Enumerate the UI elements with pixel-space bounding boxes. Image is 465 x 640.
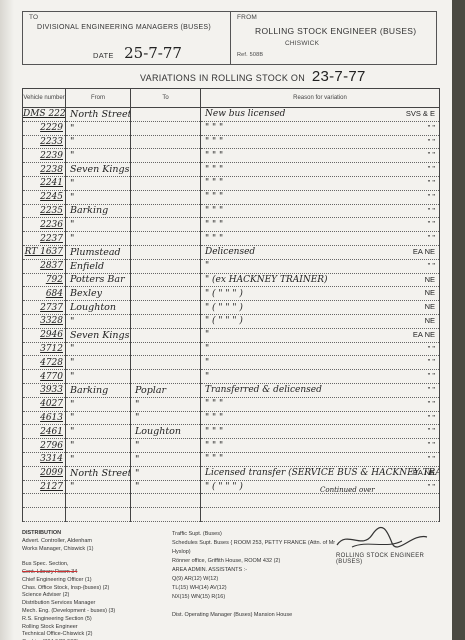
reason-text: "	[205, 330, 209, 340]
vehicle-number: 2229	[23, 121, 66, 135]
distribution-item: Advert. Controller, Aldenham	[22, 538, 157, 546]
reason-text: " (ex HACKNEY TRAINER)	[205, 275, 328, 285]
to-garage	[131, 232, 201, 246]
table-row: 2233"" " "" "	[23, 135, 440, 149]
distribution-code: " "	[428, 206, 435, 215]
table-row: 792Potters Bar" (ex HACKNEY TRAINER)NE	[23, 273, 440, 287]
from-garage: Potters Bar	[66, 273, 131, 287]
reason-text: " " "	[205, 206, 223, 216]
distribution-code: NE	[425, 288, 435, 297]
distribution-item: NX(15) WN(15) R(16)	[172, 593, 342, 602]
to-garage	[131, 218, 201, 232]
distribution-item: Technical Office-Chiswick (2)	[22, 631, 157, 639]
to-garage: "	[131, 466, 201, 480]
vehicle-number: 2241	[23, 176, 66, 190]
table-row: 684Bexley" ( " " " )NE	[23, 287, 440, 301]
reason-cell	[201, 494, 440, 508]
vehicle-number: 2238	[23, 163, 66, 177]
to-garage	[131, 328, 201, 342]
reason-cell: " ( " " " )NE	[201, 301, 440, 315]
table-row: 2229"" " "" "	[23, 121, 440, 135]
reason-text: " " "	[205, 413, 223, 423]
table-row: 2236"" " "" "	[23, 218, 440, 232]
from-garage: "	[66, 149, 131, 163]
vehicle-number: 3712	[23, 342, 66, 356]
from-garage: "	[66, 425, 131, 439]
distribution-code: EA NE	[413, 247, 435, 256]
distribution-code: " "	[428, 385, 435, 394]
distribution-item: Mech. Eng. (Development - buses) (3)	[22, 608, 157, 616]
from-garage: Seven Kings	[66, 328, 131, 342]
vehicle-number: 2737	[23, 301, 66, 315]
from-garage: "	[66, 232, 131, 246]
vehicle-number: 792	[23, 273, 66, 287]
from-garage: "	[66, 439, 131, 453]
from-garage	[66, 508, 131, 522]
distribution-code: " "	[428, 192, 435, 201]
reason-cell: " (ex HACKNEY TRAINER)NE	[201, 273, 440, 287]
reason-cell: " " "" "	[201, 411, 440, 425]
from-garage: Bexley	[66, 287, 131, 301]
reason-cell: " " "" "	[201, 425, 440, 439]
signature-title: ROLLING STOCK ENGINEER (BUSES)	[336, 553, 442, 565]
from-garage: North Street	[66, 466, 131, 480]
reason-text: " " "	[205, 441, 223, 451]
page-title: VARIATIONS IN ROLLING STOCK ON 23-7-77	[140, 68, 366, 85]
reason-cell: " " "" "	[201, 190, 440, 204]
from-garage: Barking	[66, 204, 131, 218]
reason-cell: " " "" "	[201, 452, 440, 466]
vehicle-number: 2245	[23, 190, 66, 204]
to-garage	[131, 190, 201, 204]
table-row: 4027""" " "" "	[23, 397, 440, 411]
distribution-item	[172, 602, 342, 611]
to-garage	[131, 301, 201, 315]
signature-block: ROLLING STOCK ENGINEER (BUSES)	[332, 525, 442, 565]
table-row: DMS 2226North StreetNew bus licensedSVS …	[23, 108, 440, 122]
from-garage: Enfield	[66, 259, 131, 273]
reason-text: Licensed transfer (SERVICE BUS & HACKNEY…	[205, 468, 440, 478]
reason-text: " " "	[205, 178, 223, 188]
vehicle-number: 2099	[23, 466, 66, 480]
from-garage: "	[66, 121, 131, 135]
distribution-code: " "	[428, 164, 435, 173]
to-garage	[131, 245, 201, 259]
memo-header: TO DIVISIONAL ENGINEERING MANAGERS (BUSE…	[22, 11, 437, 65]
variations-table: Vehicle number From To Reason for variat…	[22, 88, 440, 522]
vehicle-number: 2235	[23, 204, 66, 218]
reason-text: "	[205, 261, 209, 271]
vehicle-number: 2233	[23, 135, 66, 149]
from-garage: "	[66, 397, 131, 411]
reason-cell: "" "	[201, 356, 440, 370]
reason-text: "	[205, 372, 209, 382]
distribution-code: " "	[428, 123, 435, 132]
distribution-item: R.S. Engineering Section (5)	[22, 616, 157, 624]
reason-cell: " " "" "	[201, 121, 440, 135]
to-garage	[131, 314, 201, 328]
table-header: Vehicle number From To Reason for variat…	[23, 89, 440, 108]
from-garage: Plumstead	[66, 245, 131, 259]
reason-text: " " "	[205, 427, 223, 437]
distribution-code: " "	[428, 371, 435, 380]
table-row: 4728""" "	[23, 356, 440, 370]
from-garage: "	[66, 452, 131, 466]
distribution-list-secondary: Traffic Supt. (Buses)Schedules Supt. Bus…	[172, 530, 342, 620]
to-garage	[131, 342, 201, 356]
reason-cell: " " "" "	[201, 218, 440, 232]
from-garage: "	[66, 342, 131, 356]
vehicle-number: 3933	[23, 383, 66, 397]
table-row: 2241"" " "" "	[23, 176, 440, 190]
to-garage	[131, 204, 201, 218]
reason-text: " " "	[205, 151, 223, 161]
distribution-item: Distribution Services Manager	[22, 600, 157, 608]
table-row: 2461"Loughton" " "" "	[23, 425, 440, 439]
distribution-code: " "	[428, 137, 435, 146]
distribution-item: Dist. Operating Manager (Buses) Mansion …	[172, 611, 342, 620]
vehicle-number: 3328	[23, 314, 66, 328]
table-row: 3328"" ( " " " )NE	[23, 314, 440, 328]
table-row	[23, 508, 440, 522]
reason-cell: "EA NE	[201, 328, 440, 342]
distribution-code: SVS & E	[406, 109, 435, 118]
reference: Ref. 508B	[237, 52, 263, 58]
distribution-item: Rolling Stock Engineer	[22, 624, 157, 632]
from-garage: "	[66, 314, 131, 328]
reason-text: " " "	[205, 220, 223, 230]
to-garage	[131, 149, 201, 163]
distribution-item: Chief Engineering Officer (1)	[22, 577, 157, 585]
vehicle-number: 2236	[23, 218, 66, 232]
distribution-item: Traffic Supt. (Buses)	[172, 530, 342, 539]
vehicle-number: 2837	[23, 259, 66, 273]
from-label: FROM	[237, 14, 257, 21]
reason-cell: DelicensedEA NE	[201, 245, 440, 259]
to-garage	[131, 508, 201, 522]
to-garage: "	[131, 397, 201, 411]
title-label: VARIATIONS IN ROLLING STOCK ON	[140, 73, 305, 83]
distribution-code: " "	[428, 219, 435, 228]
table-row: 4770""" "	[23, 370, 440, 384]
table-row: 2235Barking" " "" "	[23, 204, 440, 218]
vehicle-number: 3314	[23, 452, 66, 466]
table-row: 2245"" " "" "	[23, 190, 440, 204]
reason-cell: " " "" "	[201, 232, 440, 246]
distribution-code: NE	[425, 316, 435, 325]
reason-cell: " " "" "	[201, 439, 440, 453]
from-garage: "	[66, 176, 131, 190]
col-to: To	[131, 89, 201, 108]
distribution-item: Q(9) AR(12) W(12)	[172, 575, 342, 584]
distribution-code: " "	[428, 233, 435, 242]
distribution-code: " "	[428, 413, 435, 422]
table-row: 2837Enfield"" "	[23, 259, 440, 273]
vehicle-number: 4770	[23, 370, 66, 384]
from-garage: North Street	[66, 108, 131, 122]
distribution-code: " "	[428, 261, 435, 270]
to-garage: Poplar	[131, 383, 201, 397]
recipient-box: TO DIVISIONAL ENGINEERING MANAGERS (BUSE…	[23, 12, 231, 64]
reason-text: " " "	[205, 123, 223, 133]
from-garage: "	[66, 356, 131, 370]
table-row: 3712""" "	[23, 342, 440, 356]
distribution-item: Science Adviser (2)	[22, 592, 157, 600]
to-garage	[131, 121, 201, 135]
table-row: 4613""" " "" "	[23, 411, 440, 425]
vehicle-number: 2461	[23, 425, 66, 439]
distribution-code: " "	[428, 357, 435, 366]
to-garage	[131, 287, 201, 301]
reason-cell: " " "" "	[201, 204, 440, 218]
to-garage: "	[131, 411, 201, 425]
distribution-item: TL(15) WH(14) AV(12)	[172, 584, 342, 593]
reason-cell: "" "	[201, 370, 440, 384]
table-row: 3314""" " "" "	[23, 452, 440, 466]
reason-cell: " " "" "	[201, 149, 440, 163]
to-garage: Loughton	[131, 425, 201, 439]
distribution-item: Schedules Supt. Buses { ROOM 253, PETTY …	[172, 539, 342, 557]
distribution-code: EA NE	[413, 468, 435, 477]
to-garage: "	[131, 439, 201, 453]
document-page: TO DIVISIONAL ENGINEERING MANAGERS (BUSE…	[0, 0, 452, 640]
reason-cell: " ( " " " )NE	[201, 287, 440, 301]
distribution-code: " "	[428, 482, 435, 491]
vehicle-number: 2796	[23, 439, 66, 453]
vehicle-number: 2237	[23, 232, 66, 246]
reason-cell: " ( " " " )NE	[201, 314, 440, 328]
reason-text: " " "	[205, 137, 223, 147]
table-row: 2237"" " "" "	[23, 232, 440, 246]
distribution-code: NE	[425, 275, 435, 284]
from-garage: "	[66, 218, 131, 232]
to-garage: "	[131, 452, 201, 466]
from-garage: "	[66, 190, 131, 204]
from-garage: "	[66, 480, 131, 494]
distribution-item	[22, 553, 157, 561]
reason-cell: "" "	[201, 342, 440, 356]
title-date: 23-7-77	[312, 68, 366, 85]
to-label: TO	[29, 14, 38, 21]
distribution-label: DISTRIBUTION	[22, 530, 157, 538]
reason-cell: " " "" "	[201, 135, 440, 149]
signature-icon	[332, 525, 442, 555]
to-garage: "	[131, 480, 201, 494]
to-garage	[131, 259, 201, 273]
vehicle-number: 2239	[23, 149, 66, 163]
from-garage	[66, 494, 131, 508]
table-row: RT 1637PlumsteadDelicensedEA NE	[23, 245, 440, 259]
reason-text: " ( " " " )	[205, 316, 243, 326]
table-row: 2099North Street"Licensed transfer (SERV…	[23, 466, 440, 480]
table-row: 2239"" " "" "	[23, 149, 440, 163]
vehicle-number: 2946	[23, 328, 66, 342]
ref-value: 508B	[250, 52, 264, 58]
reason-cell: Licensed transfer (SERVICE BUS & HACKNEY…	[201, 466, 440, 480]
to-garage	[131, 108, 201, 122]
distribution-item: Cent. Library Room 34	[22, 569, 157, 577]
from-garage: Seven Kings	[66, 163, 131, 177]
vehicle-number	[23, 494, 66, 508]
reason-text: New bus licensed	[205, 109, 285, 119]
reason-text: " " "	[205, 192, 223, 202]
from-garage: "	[66, 411, 131, 425]
distribution-code: " "	[428, 454, 435, 463]
distribution-code: " "	[428, 344, 435, 353]
vehicle-number: RT 1637	[23, 245, 66, 259]
table-row	[23, 494, 440, 508]
distribution-code: " "	[428, 399, 435, 408]
scan-edge-shadow	[0, 0, 14, 640]
reason-cell: "" "	[201, 259, 440, 273]
col-vehicle-number: Vehicle number	[23, 89, 66, 108]
distribution-item: AREA ADMIN. ASSISTANTS :-	[172, 566, 342, 575]
to-garage	[131, 370, 201, 384]
from-garage: "	[66, 370, 131, 384]
distribution-code: " "	[428, 150, 435, 159]
distribution-item: Rönner office, Griffith House, ROOM 432 …	[172, 557, 342, 566]
from-garage: Barking	[66, 383, 131, 397]
date-value: 25-7-77	[124, 44, 182, 62]
from-garage: "	[66, 135, 131, 149]
table-row: 2127""" ( " " " )" "	[23, 480, 440, 494]
table-row: 2796""" " "" "	[23, 439, 440, 453]
distribution-code: " "	[428, 440, 435, 449]
sender-location: CHISWICK	[285, 40, 319, 47]
from-garage: Loughton	[66, 301, 131, 315]
reason-text: " " "	[205, 234, 223, 244]
to-garage	[131, 135, 201, 149]
table-row: 2737Loughton" ( " " " )NE	[23, 301, 440, 315]
table-row: 2238Seven Kings" " "" "	[23, 163, 440, 177]
reason-text: "	[205, 344, 209, 354]
distribution-code: " "	[428, 178, 435, 187]
distribution-item: Chas. Office Stock, Insp-(buses) (2)	[22, 585, 157, 593]
distribution-item: Bus Spec. Section,	[22, 561, 157, 569]
to-garage	[131, 176, 201, 190]
ref-label: Ref.	[237, 52, 248, 58]
distribution-item: Works Manager, Chiswick (1)	[22, 546, 157, 554]
reason-cell: Transferred & delicensed" "	[201, 383, 440, 397]
vehicle-number: 4613	[23, 411, 66, 425]
col-reason: Reason for variation	[201, 89, 440, 108]
distribution-code: NE	[425, 302, 435, 311]
reason-cell: " " "" "	[201, 176, 440, 190]
vehicle-number: 4728	[23, 356, 66, 370]
date-label: DATE	[93, 51, 114, 60]
table-row: 2946Seven Kings"EA NE	[23, 328, 440, 342]
vehicle-number	[23, 508, 66, 522]
vehicle-number: 2127	[23, 480, 66, 494]
vehicle-number: 4027	[23, 397, 66, 411]
to-garage	[131, 273, 201, 287]
reason-cell: New bus licensedSVS & E	[201, 108, 440, 122]
recipient: DIVISIONAL ENGINEERING MANAGERS (BUSES)	[37, 24, 211, 31]
to-garage	[131, 356, 201, 370]
sender: ROLLING STOCK ENGINEER (BUSES)	[255, 26, 416, 36]
reason-text: " ( " " " )	[205, 289, 243, 299]
reason-text: Delicensed	[205, 247, 255, 257]
date-field: DATE 25-7-77	[93, 44, 182, 63]
distribution-code: " "	[428, 426, 435, 435]
reason-text: Transferred & delicensed	[205, 385, 322, 395]
vehicle-number: 684	[23, 287, 66, 301]
reason-text: " ( " " " )	[205, 303, 243, 313]
reason-text: " " "	[205, 165, 223, 175]
continued-note: Continued over	[320, 486, 375, 494]
col-from: From	[66, 89, 131, 108]
distribution-list: DISTRIBUTION Advert. Controller, Aldenha…	[22, 530, 157, 640]
to-garage	[131, 163, 201, 177]
to-garage	[131, 494, 201, 508]
reason-cell: " " "" "	[201, 397, 440, 411]
reason-text: " ( " " " )	[205, 482, 243, 492]
reason-cell	[201, 508, 440, 522]
distribution-code: EA NE	[413, 330, 435, 339]
reason-text: " " "	[205, 454, 223, 464]
vehicle-number: DMS 2226	[23, 108, 66, 122]
reason-text: " " "	[205, 399, 223, 409]
reason-text: "	[205, 358, 209, 368]
reason-cell: " " "" "	[201, 163, 440, 177]
table-row: 3933BarkingPoplarTransferred & delicense…	[23, 383, 440, 397]
